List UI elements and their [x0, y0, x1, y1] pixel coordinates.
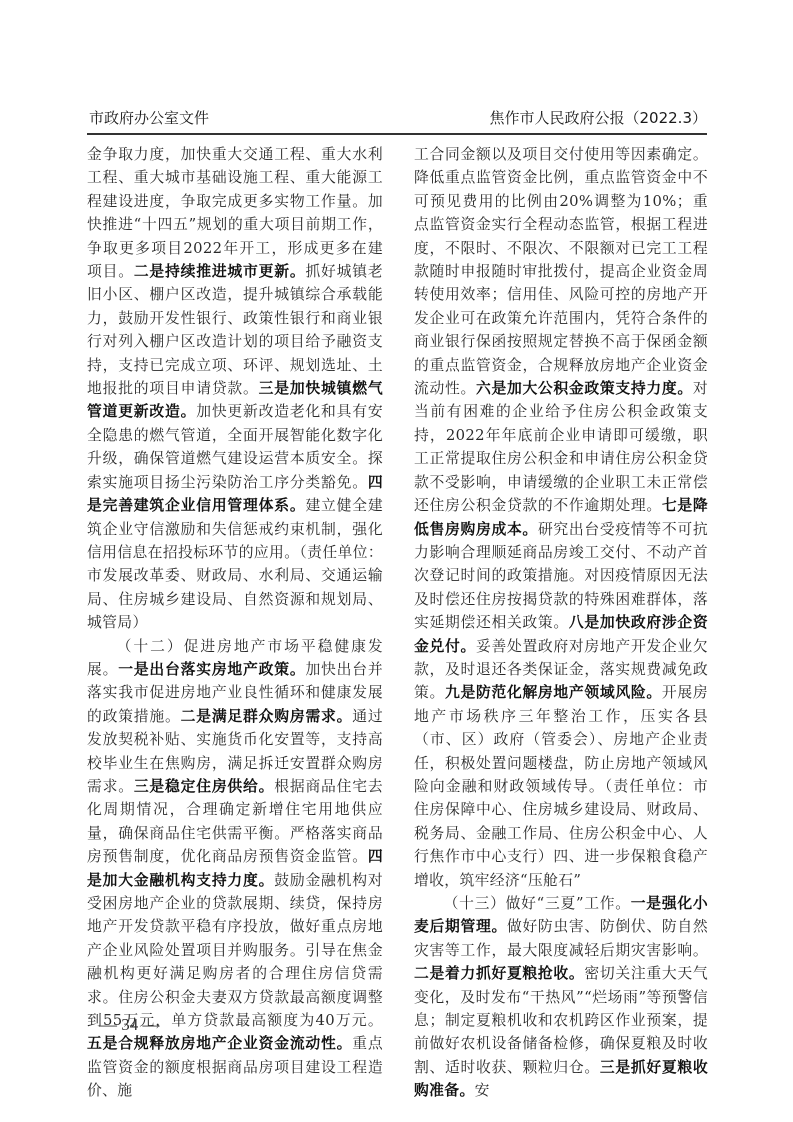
bold-heading-text: 二是满足群众购房需求。 — [181, 708, 353, 725]
bold-heading-text: 六是加大公积金政策支持力度。 — [476, 380, 693, 397]
body-text: （十三）做好“三夏”工作。 — [444, 895, 631, 912]
header-divider — [87, 133, 707, 135]
paragraph-section-13: （十三）做好“三夏”工作。一是强化小麦后期管理。做好防虫害、防倒伏、防自然灾害等… — [414, 892, 708, 1103]
publication-title: 焦作市人民政府公报（2022.3） — [490, 108, 708, 128]
body-text: 安 — [475, 1082, 490, 1099]
body-text: 工合同金额以及项目交付使用等因素确定。降低重点监管资金比例，重点监管资金中不可预… — [414, 146, 708, 397]
bold-heading-text: 二是着力抓好夏粮抢收。 — [414, 965, 584, 982]
bold-heading-text: 五是合规释放房地产企业资金流动性。 — [87, 1035, 352, 1052]
bold-heading-text: 一是出台落实房地产政策。 — [118, 661, 305, 678]
body-text: 金争取力度，加快重大交通工程、重大水利工程、重大城市基础设施工程、重大能源工程建… — [87, 146, 383, 280]
bold-heading-text: 三是稳定住房供给。 — [134, 778, 274, 795]
paragraph: 金争取力度，加快重大交通工程、重大水利工程、重大城市基础设施工程、重大能源工程建… — [87, 143, 383, 635]
body-text: 建立健全建筑企业守信激励和失信惩戒约束机制，强化信用信息在招投标环节的应用。（责… — [87, 497, 383, 631]
paragraph: 工合同金额以及项目交付使用等因素确定。降低重点监管资金比例，重点监管资金中不可预… — [414, 143, 708, 892]
body-text: 抓好城镇老旧小区、棚户区改造，提升城镇综合承载能力，鼓励开发性银行、政策性银行和… — [87, 263, 383, 397]
body-text: 开展房地产市场秩序三年整治工作，压实各县（市、区）政府（管委会）、房地产企业责任… — [414, 684, 708, 888]
body-text: 鼓励金融机构对受困房地产企业的贷款展期、续贷，保持房地产开发贷款平稳有序投放，做… — [87, 872, 383, 1029]
page-header: 市政府办公室文件 焦作市人民政府公报（2022.3） — [87, 108, 707, 134]
section-title: 市政府办公室文件 — [89, 108, 209, 128]
page-number: — 34 — — [100, 1015, 160, 1035]
right-column: 工合同金额以及项目交付使用等因素确定。降低重点监管资金比例，重点监管资金中不可预… — [414, 143, 708, 1103]
bold-heading-text: 九是防范化解房地产领域风险。 — [445, 684, 662, 701]
bold-heading-text: 二是持续推进城市更新。 — [134, 263, 306, 280]
left-column: 金争取力度，加快重大交通工程、重大水利工程、重大城市基础设施工程、重大能源工程建… — [87, 143, 383, 1103]
body-text: 对当前有困难的企业给予住房公积金政策支持，2022年年底前企业申请即可缓缴，职工… — [414, 380, 708, 514]
